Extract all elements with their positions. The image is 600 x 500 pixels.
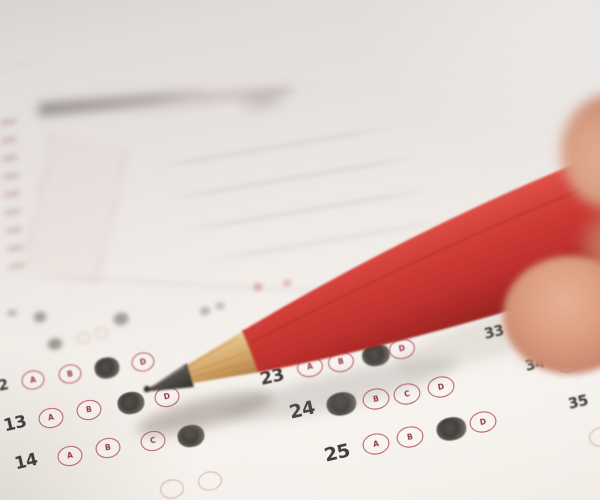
pencil <box>0 0 600 500</box>
graphite-point <box>144 386 150 392</box>
photo-scene: 2ABD13ABD14ABC23ABD24BCD25ABD3334A35 <box>0 0 600 500</box>
graphite-tip <box>143 363 194 392</box>
